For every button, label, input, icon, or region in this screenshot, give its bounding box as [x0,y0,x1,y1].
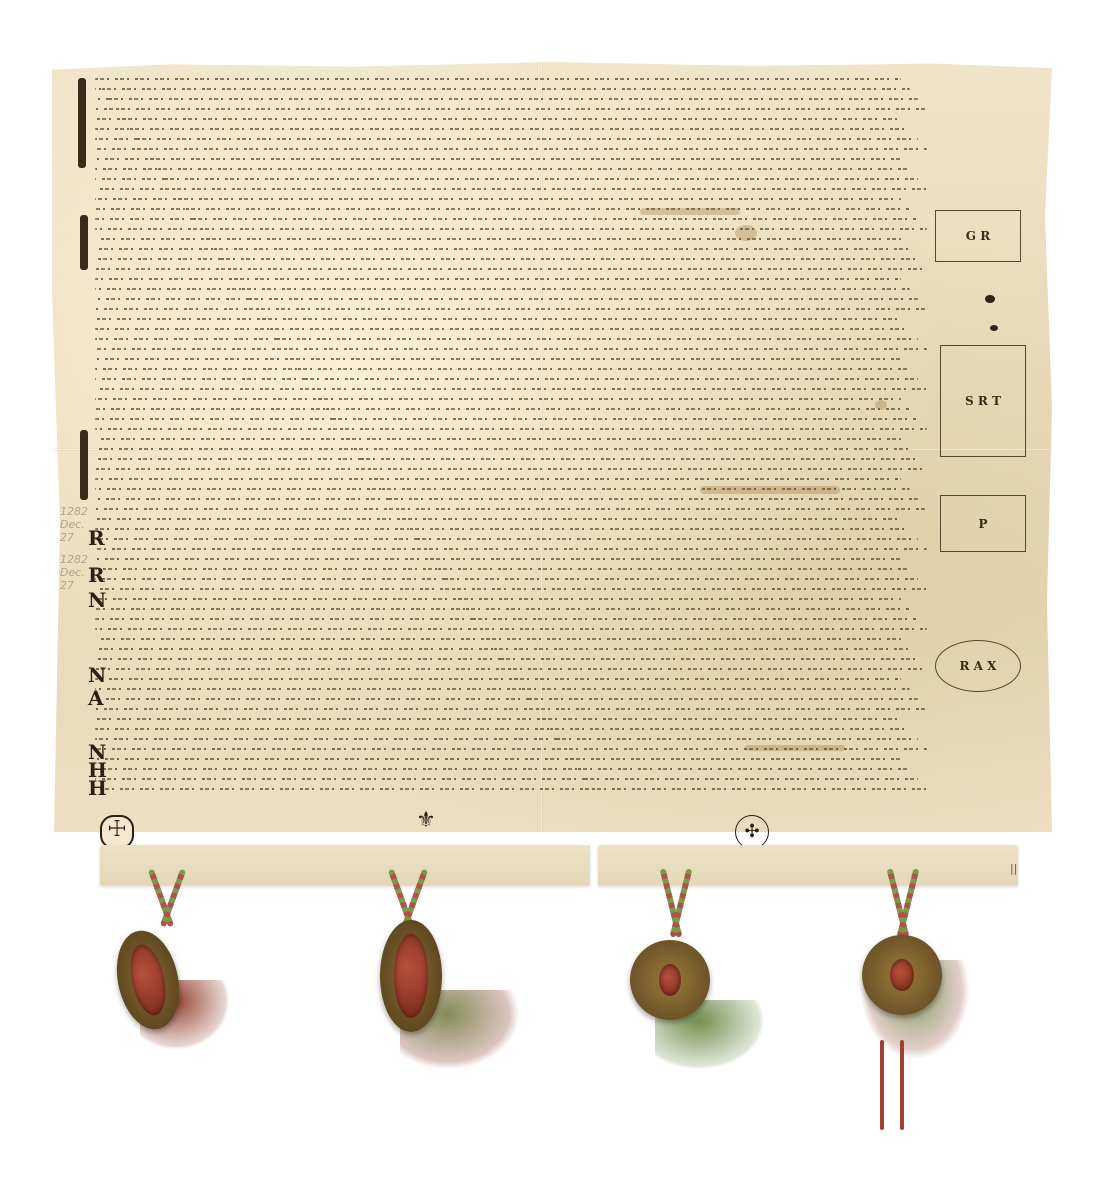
text-line [95,608,910,610]
text-line [95,468,927,470]
margin-initial-n1: N [88,590,106,610]
text-line [95,568,910,570]
text-line [95,348,927,350]
text-line [95,188,927,190]
notary-sign-right: ✣ [735,815,769,849]
text-line [95,458,918,460]
text-line [95,538,918,540]
text-line [95,578,918,580]
text-line [95,168,910,170]
text-line [95,788,927,790]
text-line [95,518,901,520]
margin-initial-h2: H [88,778,107,798]
charter-text-body [95,78,935,798]
stain [735,225,757,241]
monogram-4: R A X [935,640,1021,692]
text-line [95,258,918,260]
text-line [95,308,927,310]
margin-initial-a: A [88,688,104,708]
initial-second-section [80,215,88,270]
text-line [95,598,901,600]
ink-spot [985,295,995,303]
text-line [95,78,901,80]
text-line [95,178,918,180]
text-line [95,528,910,530]
text-line [95,438,901,440]
text-line [95,548,927,550]
text-line [95,248,910,250]
text-line [95,368,910,370]
text-line [95,388,927,390]
notary-sign-left: ☩ [100,815,134,849]
ink-spot [990,325,998,331]
text-line [95,398,901,400]
text-line [95,408,910,410]
text-line [95,138,918,140]
text-line [95,98,918,100]
text-line [95,118,901,120]
text-line [95,688,910,690]
text-line [95,758,901,760]
text-line [95,238,901,240]
margin-annotation-date-1: 1282 Dec. 27 [60,505,90,544]
text-line [95,108,927,110]
text-line [95,208,910,210]
monogram-1: G R [935,210,1021,262]
text-line [95,198,901,200]
notary-sign-center: ⚜ [408,808,444,833]
text-line [95,298,918,300]
margin-initial-n2: N [88,665,106,685]
text-line [95,448,910,450]
monogram-3: P [940,495,1026,552]
seal-2-pointed-oval [380,920,442,1032]
margin-annotation-date-2: 1282 Dec. 27 [60,553,90,592]
seal-4-red-tail [900,1040,904,1130]
text-line [95,158,901,160]
text-line [95,738,918,740]
text-line [95,588,927,590]
text-line [95,628,927,630]
text-line [95,148,927,150]
fold-mark: || [1010,862,1017,875]
text-line [95,558,901,560]
text-line [95,698,918,700]
text-line [95,668,927,670]
text-line [95,728,910,730]
initial-third-section [80,430,88,500]
text-line [95,648,910,650]
text-line [95,318,901,320]
text-line [95,328,910,330]
text-line [95,618,918,620]
text-line [95,428,927,430]
opening-initial [78,78,86,168]
text-line [95,88,910,90]
text-line [95,288,910,290]
text-line [95,678,901,680]
fold-flap-left [100,845,590,885]
text-line [95,338,918,340]
monogram-2: S R T [940,345,1026,457]
text-line [95,128,910,130]
seal-4-round [862,935,942,1015]
text-line [95,508,927,510]
stain [745,745,845,751]
text-line [95,228,927,230]
text-line [95,638,901,640]
text-line [95,718,901,720]
stain [640,208,740,215]
text-line [95,768,910,770]
margin-initial-r2: R [88,565,105,585]
text-line [95,478,901,480]
text-line [95,278,901,280]
stain [700,486,840,494]
seal-4-red-tail [880,1040,884,1130]
text-line [95,268,927,270]
stain [875,400,887,410]
text-line [95,358,901,360]
text-line [95,418,918,420]
text-line [95,218,918,220]
text-line [95,778,918,780]
text-line [95,708,927,710]
text-line [95,658,918,660]
text-line [95,498,918,500]
text-line [95,378,918,380]
seal-3-round [630,940,710,1020]
margin-initial-r1: R [88,528,105,548]
